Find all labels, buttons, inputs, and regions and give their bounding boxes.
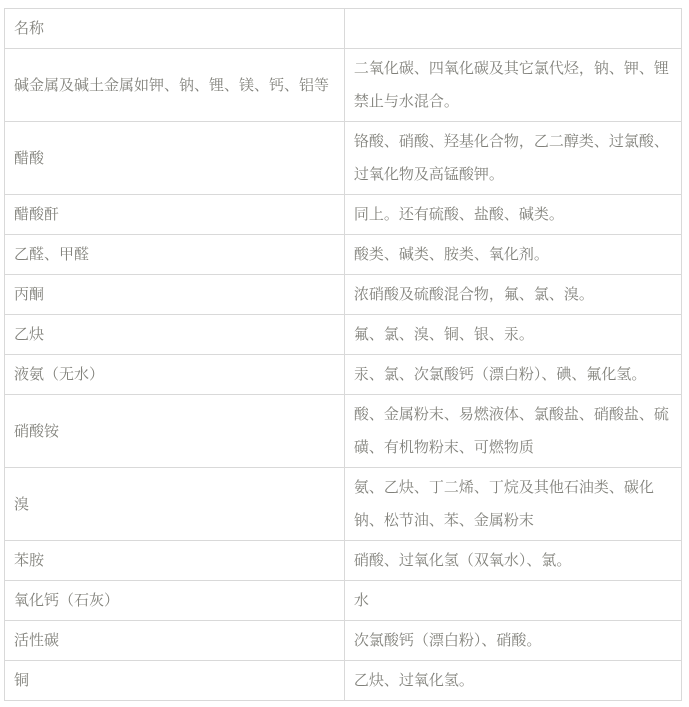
header-row: 名称 [5, 9, 682, 49]
incompatible-substances-cell: 氟、氯、溴、铜、银、汞。 [344, 315, 681, 355]
incompatible-substances-cell: 硝酸、过氧化氢（双氧水）、氯。 [344, 541, 681, 581]
incompatible-substances-cell: 次氯酸钙（漂白粉）、硝酸。 [344, 621, 681, 661]
incompatible-substances-cell: 浓硝酸及硫酸混合物，氟、氯、溴。 [344, 275, 681, 315]
incompatible-substances-cell: 铬酸、硝酸、羟基化合物，乙二醇类、过氯酸、过氧化物及高锰酸钾。 [344, 122, 681, 195]
incompatible-substances-cell: 酸类、碱类、胺类、氧化剂。 [344, 235, 681, 275]
table-row: 乙醛、甲醛 酸类、碱类、胺类、氧化剂。 [5, 235, 682, 275]
table-row: 溴 氨、乙炔、丁二烯、丁烷及其他石油类、碳化钠、松节油、苯、金属粉末 [5, 468, 682, 541]
incompatible-substances-cell: 汞、氯、次氯酸钙（漂白粉）、碘、氟化氢。 [344, 355, 681, 395]
substance-name-cell: 苯胺 [5, 541, 345, 581]
substance-name-cell: 液氨（无水） [5, 355, 345, 395]
substance-name-cell: 溴 [5, 468, 345, 541]
table-row: 氧化钙（石灰） 水 [5, 581, 682, 621]
incompatible-substances-cell: 水 [344, 581, 681, 621]
table-row: 活性碳 次氯酸钙（漂白粉）、硝酸。 [5, 621, 682, 661]
table-row: 硝酸铵 酸、金属粉末、易燃液体、氯酸盐、硝酸盐、硫磺、有机物粉末、可燃物质 [5, 395, 682, 468]
incompatible-substances-cell: 酸、金属粉末、易燃液体、氯酸盐、硝酸盐、硫磺、有机物粉末、可燃物质 [344, 395, 681, 468]
substance-name-cell: 铜 [5, 661, 345, 701]
substance-name-cell: 硝酸铵 [5, 395, 345, 468]
substance-name-cell: 乙醛、甲醛 [5, 235, 345, 275]
incompatible-substances-cell: 二氧化碳、四氧化碳及其它氯代烃，钠、钾、锂禁止与水混合。 [344, 49, 681, 122]
table-row: 碱金属及碱土金属如钾、钠、锂、镁、钙、铝等 二氧化碳、四氧化碳及其它氯代烃，钠、… [5, 49, 682, 122]
table-body: 名称 碱金属及碱土金属如钾、钠、锂、镁、钙、铝等 二氧化碳、四氧化碳及其它氯代烃… [5, 9, 682, 701]
chemical-incompatibility-table-container: 名称 碱金属及碱土金属如钾、钠、锂、镁、钙、铝等 二氧化碳、四氧化碳及其它氯代烃… [4, 8, 682, 701]
table-row: 丙酮 浓硝酸及硫酸混合物，氟、氯、溴。 [5, 275, 682, 315]
substance-name-cell: 醋酸酐 [5, 195, 345, 235]
substance-name-cell: 丙酮 [5, 275, 345, 315]
table-row: 醋酸酐 同上。还有硫酸、盐酸、碱类。 [5, 195, 682, 235]
substance-name-cell: 氧化钙（石灰） [5, 581, 345, 621]
incompatible-substances-cell: 同上。还有硫酸、盐酸、碱类。 [344, 195, 681, 235]
substance-name-cell: 醋酸 [5, 122, 345, 195]
substance-name-cell: 碱金属及碱土金属如钾、钠、锂、镁、钙、铝等 [5, 49, 345, 122]
table-row: 醋酸 铬酸、硝酸、羟基化合物，乙二醇类、过氯酸、过氧化物及高锰酸钾。 [5, 122, 682, 195]
table-row: 液氨（无水） 汞、氯、次氯酸钙（漂白粉）、碘、氟化氢。 [5, 355, 682, 395]
table-row: 乙炔 氟、氯、溴、铜、银、汞。 [5, 315, 682, 355]
substance-name-cell: 活性碳 [5, 621, 345, 661]
substance-name-cell: 乙炔 [5, 315, 345, 355]
table-row: 苯胺 硝酸、过氧化氢（双氧水）、氯。 [5, 541, 682, 581]
incompatible-substances-cell: 乙炔、过氧化氢。 [344, 661, 681, 701]
incompatible-substances-cell: 氨、乙炔、丁二烯、丁烷及其他石油类、碳化钠、松节油、苯、金属粉末 [344, 468, 681, 541]
header-cell-name: 名称 [5, 9, 345, 49]
chemical-incompatibility-table: 名称 碱金属及碱土金属如钾、钠、锂、镁、钙、铝等 二氧化碳、四氧化碳及其它氯代烃… [4, 8, 682, 701]
table-row: 铜 乙炔、过氧化氢。 [5, 661, 682, 701]
header-cell-incompatible [344, 9, 681, 49]
